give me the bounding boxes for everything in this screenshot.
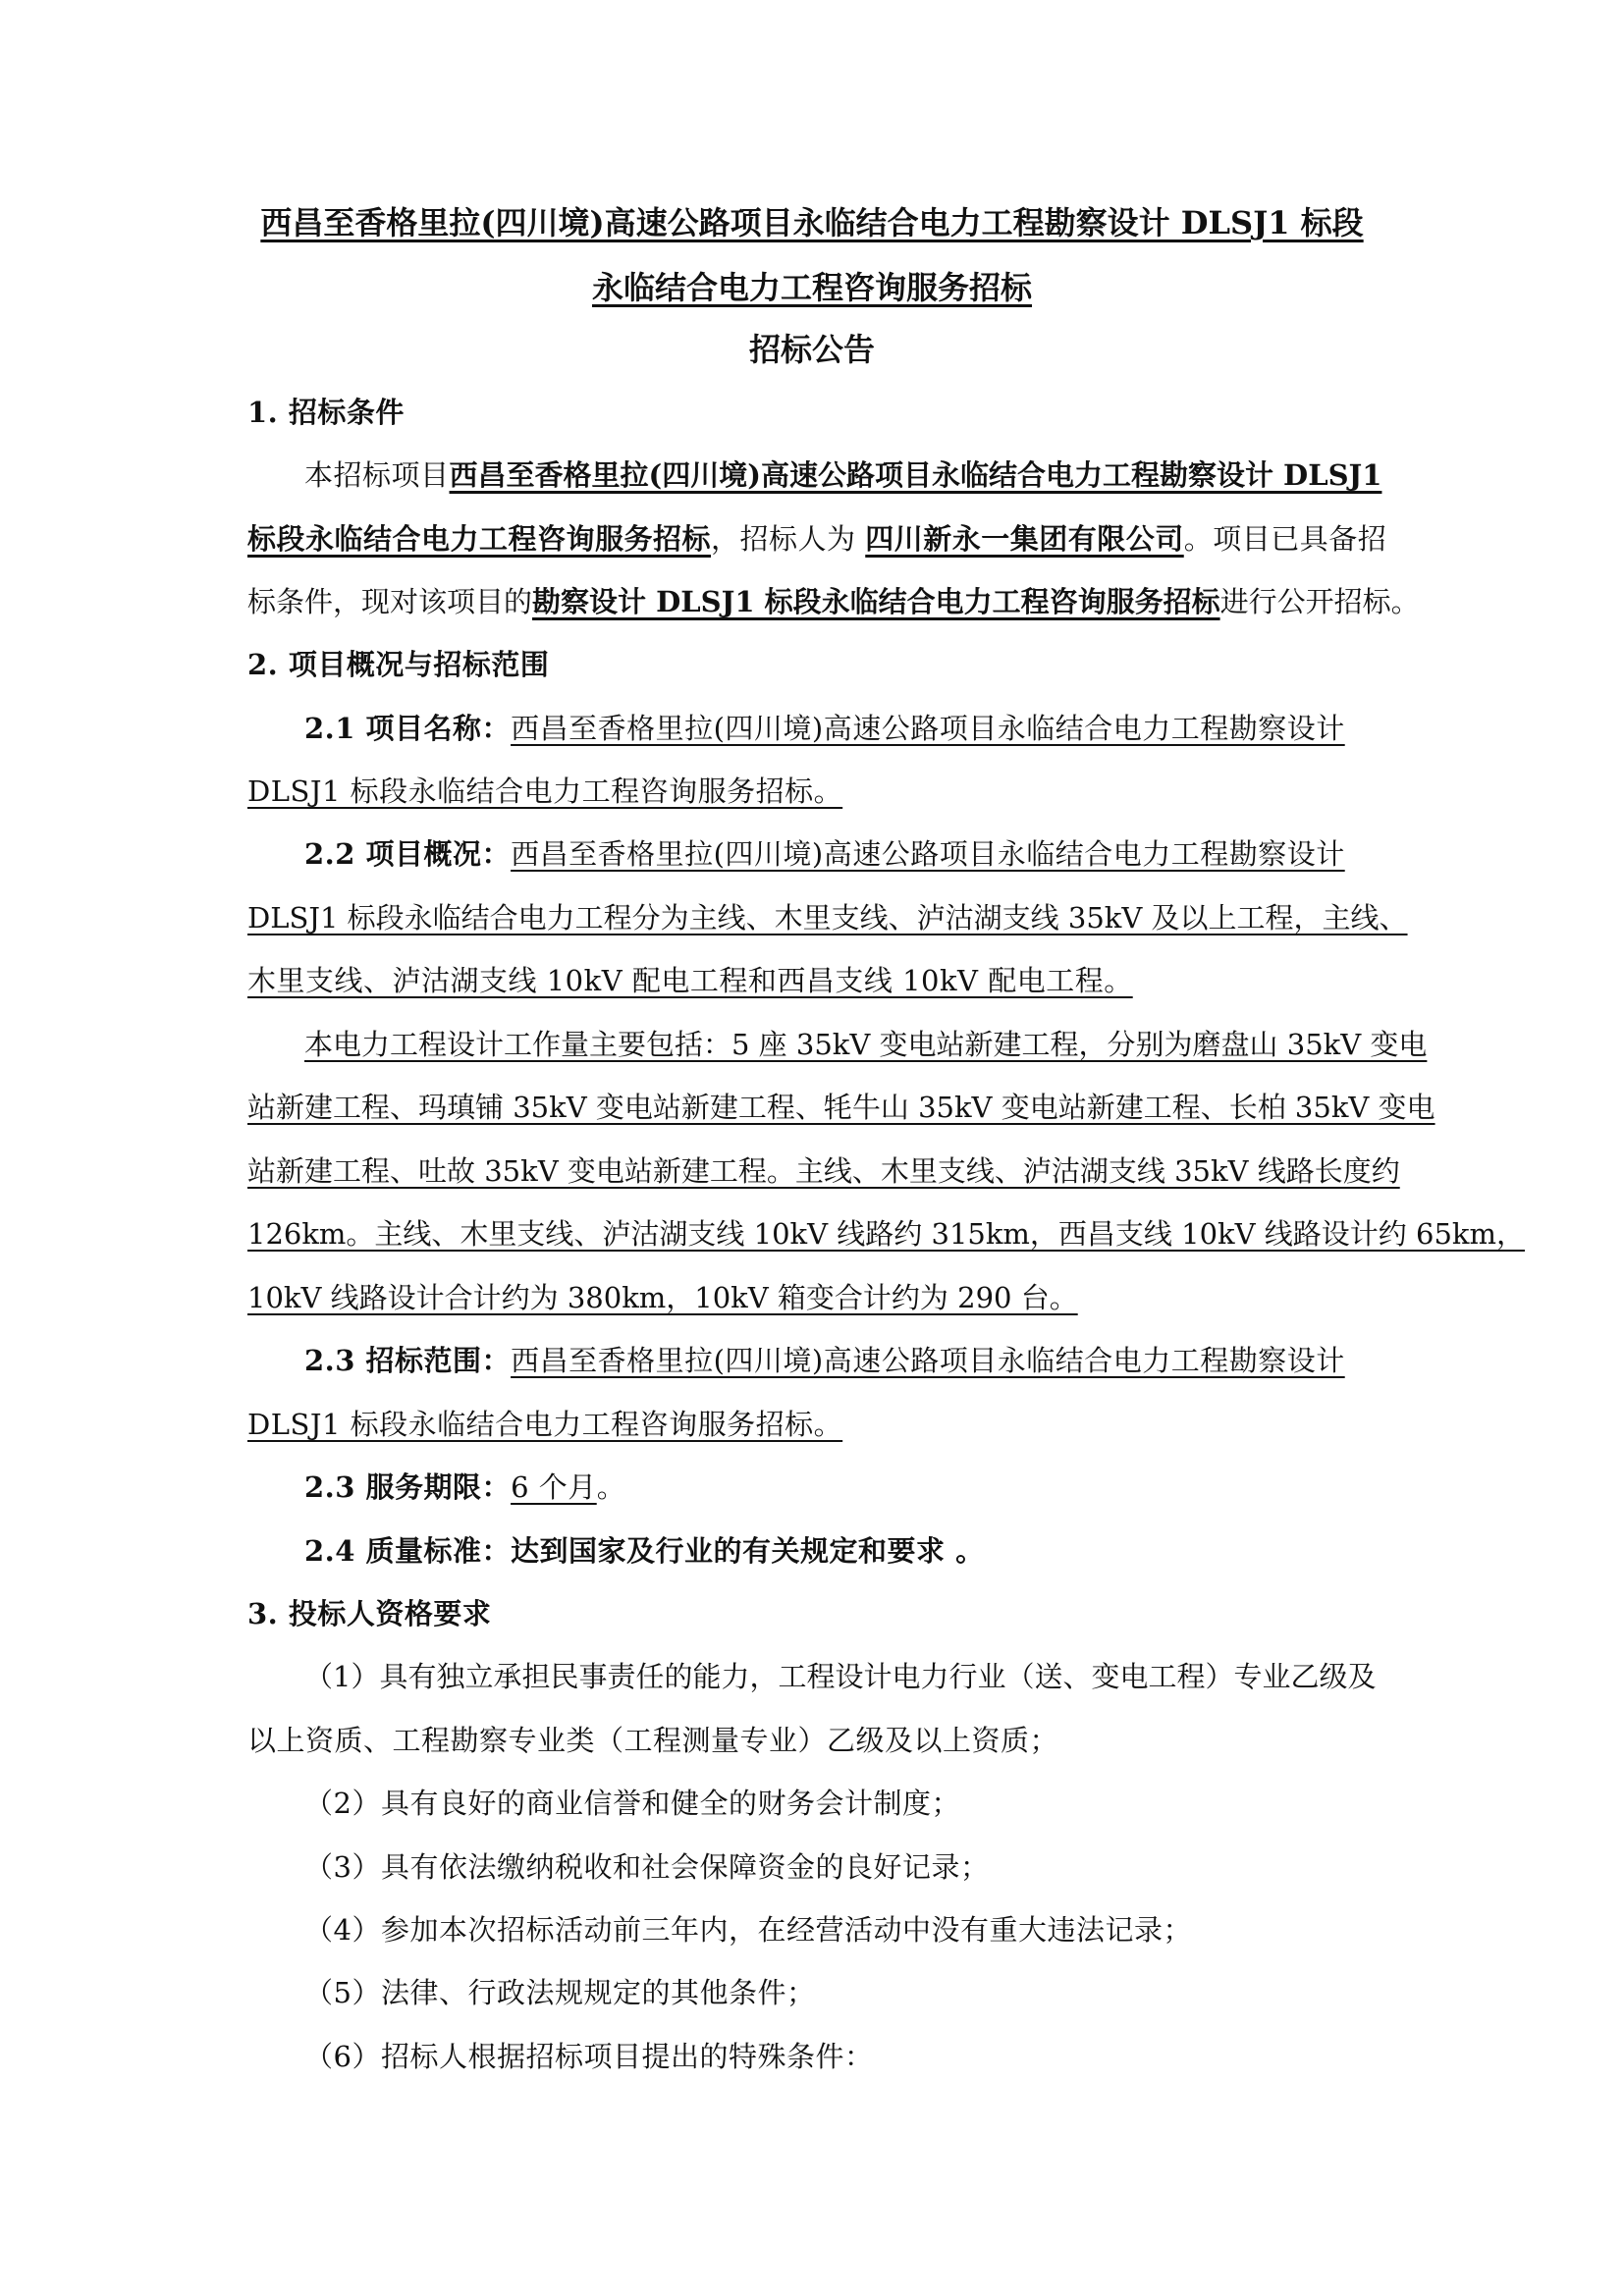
section-3-heading: 3. 投标人资格要求 [247, 1594, 1378, 1633]
section-1-heading: 1. 招标条件 [247, 393, 1378, 432]
title-line-1: 西昌至香格里拉(四川境)高速公路项目永临结合电力工程勘察设计 DLSJ1 标段 [0, 203, 1624, 242]
text: 。项目已具备招 [1184, 522, 1387, 556]
qualification-item-4: （4）参加本次招标活动前三年内，在经营活动中没有重大违法记录； [247, 1910, 1378, 1949]
tenderer-name: 四川新永一集团有限公司 [865, 522, 1184, 556]
text: 。 [597, 1470, 626, 1504]
document-page: 西昌至香格里拉(四川境)高速公路项目永临结合电力工程勘察设计 DLSJ1 标段 … [0, 0, 1624, 2296]
title-text-1: 西昌至香格里拉(四川境)高速公路项目永临结合电力工程勘察设计 DLSJ1 标段 [260, 204, 1363, 241]
workload-text: 站新建工程、吐故 35kV 变电站新建工程。主线、木里支线、泸沽湖支线 35kV… [247, 1154, 1400, 1188]
text: ，招标人为 [711, 522, 865, 556]
qualification-item-1-cont: 以上资质、工程勘察专业类（工程测量专业）乙级及以上资质； [247, 1721, 1378, 1760]
text: 进行公开招标。 [1220, 585, 1420, 618]
workload-line-2: 站新建工程、玛瑱铺 35kV 变电站新建工程、牦牛山 35kV 变电站新建工程、… [247, 1088, 1378, 1127]
text: 标条件，现对该项目的 [247, 585, 532, 618]
item-2-4-quality: 2.4 质量标准：达到国家及行业的有关规定和要求 。 [247, 1531, 1378, 1571]
item-2-3-scope-line-2: DLSJ1 标段永临结合电力工程咨询服务招标。 [247, 1405, 1378, 1444]
tender-scope: 勘察设计 DLSJ1 标段永临结合电力工程咨询服务招标 [532, 585, 1220, 618]
item-value: 西昌至香格里拉(四川境)高速公路项目永临结合电力工程勘察设计 [511, 837, 1345, 871]
item-label: 2.1 项目名称： [304, 712, 511, 745]
service-period-value: 6 个月 [511, 1470, 597, 1504]
item-value: 西昌至香格里拉(四川境)高速公路项目永临结合电力工程勘察设计 [511, 1344, 1345, 1377]
workload-text: 本电力工程设计工作量主要包括：5 座 35kV 变电站新建工程，分别为磨盘山 3… [304, 1028, 1427, 1061]
title-subtitle: 招标公告 [749, 331, 875, 368]
title-line-2: 永临结合电力工程咨询服务招标 [0, 268, 1624, 307]
item-2-1-line-1: 2.1 项目名称：西昌至香格里拉(四川境)高速公路项目永临结合电力工程勘察设计 [247, 709, 1378, 748]
section-1-para-line-1: 本招标项目西昌至香格里拉(四川境)高速公路项目永临结合电力工程勘察设计 DLSJ… [247, 455, 1378, 495]
section-1-para-line-2: 标段永临结合电力工程咨询服务招标，招标人为 四川新永一集团有限公司。项目已具备招 [247, 519, 1378, 559]
item-value: DLSJ1 标段永临结合电力工程咨询服务招标。 [247, 774, 842, 808]
workload-text: 站新建工程、玛瑱铺 35kV 变电站新建工程、牦牛山 35kV 变电站新建工程、… [247, 1091, 1435, 1124]
qualification-item-5: （5）法律、行政法规规定的其他条件； [247, 1973, 1378, 2012]
section-1-para-line-3: 标条件，现对该项目的勘察设计 DLSJ1 标段永临结合电力工程咨询服务招标进行公… [247, 582, 1378, 621]
workload-line-3: 站新建工程、吐故 35kV 变电站新建工程。主线、木里支线、泸沽湖支线 35kV… [247, 1151, 1378, 1191]
section-2-heading: 2. 项目概况与招标范围 [247, 645, 1378, 684]
item-2-2-line-1: 2.2 项目概况：西昌至香格里拉(四川境)高速公路项目永临结合电力工程勘察设计 [247, 834, 1378, 874]
item-2-3-scope-line-1: 2.3 招标范围：西昌至香格里拉(四川境)高速公路项目永临结合电力工程勘察设计 [247, 1341, 1378, 1380]
item-value: DLSJ1 标段永临结合电力工程分为主线、木里支线、泸沽湖支线 35kV 及以上… [247, 901, 1408, 934]
workload-line-5: 10kV 线路设计合计约为 380km，10kV 箱变合计约为 290 台。 [247, 1278, 1378, 1317]
item-label: 2.3 服务期限： [304, 1470, 511, 1504]
title-line-3: 招标公告 [0, 330, 1624, 369]
qualification-item-3: （3）具有依法缴纳税收和社会保障资金的良好记录； [247, 1847, 1378, 1887]
item-value: DLSJ1 标段永临结合电力工程咨询服务招标。 [247, 1408, 842, 1441]
item-2-1-line-2: DLSJ1 标段永临结合电力工程咨询服务招标。 [247, 772, 1378, 811]
title-text-2: 永临结合电力工程咨询服务招标 [592, 269, 1032, 306]
qualification-item-6: （6）招标人根据招标项目提出的特殊条件： [247, 2037, 1378, 2076]
workload-text: 126km。主线、木里支线、泸沽湖支线 10kV 线路约 315km，西昌支线 … [247, 1217, 1525, 1251]
item-value: 木里支线、泸沽湖支线 10kV 配电工程和西昌支线 10kV 配电工程。 [247, 964, 1133, 997]
item-label: 2.2 项目概况： [304, 837, 511, 871]
project-name-cont: 标段永临结合电力工程咨询服务招标 [247, 522, 711, 556]
workload-line-1: 本电力工程设计工作量主要包括：5 座 35kV 变电站新建工程，分别为磨盘山 3… [247, 1025, 1378, 1064]
item-2-3-period: 2.3 服务期限：6 个月。 [247, 1468, 1378, 1507]
project-name: 西昌至香格里拉(四川境)高速公路项目永临结合电力工程勘察设计 DLSJ1 [450, 458, 1382, 492]
qualification-item-1: （1）具有独立承担民事责任的能力，工程设计电力行业（送、变电工程）专业乙级及 [247, 1657, 1378, 1696]
workload-line-4: 126km。主线、木里支线、泸沽湖支线 10kV 线路约 315km，西昌支线 … [247, 1214, 1378, 1254]
item-2-2-line-3: 木里支线、泸沽湖支线 10kV 配电工程和西昌支线 10kV 配电工程。 [247, 961, 1378, 1000]
workload-text: 10kV 线路设计合计约为 380km，10kV 箱变合计约为 290 台。 [247, 1281, 1078, 1314]
item-label: 2.3 招标范围： [304, 1344, 511, 1377]
text: 本招标项目 [304, 458, 450, 492]
item-value: 西昌至香格里拉(四川境)高速公路项目永临结合电力工程勘察设计 [511, 712, 1345, 745]
qualification-item-2: （2）具有良好的商业信誉和健全的财务会计制度； [247, 1784, 1378, 1823]
item-2-2-line-2: DLSJ1 标段永临结合电力工程分为主线、木里支线、泸沽湖支线 35kV 及以上… [247, 898, 1378, 937]
